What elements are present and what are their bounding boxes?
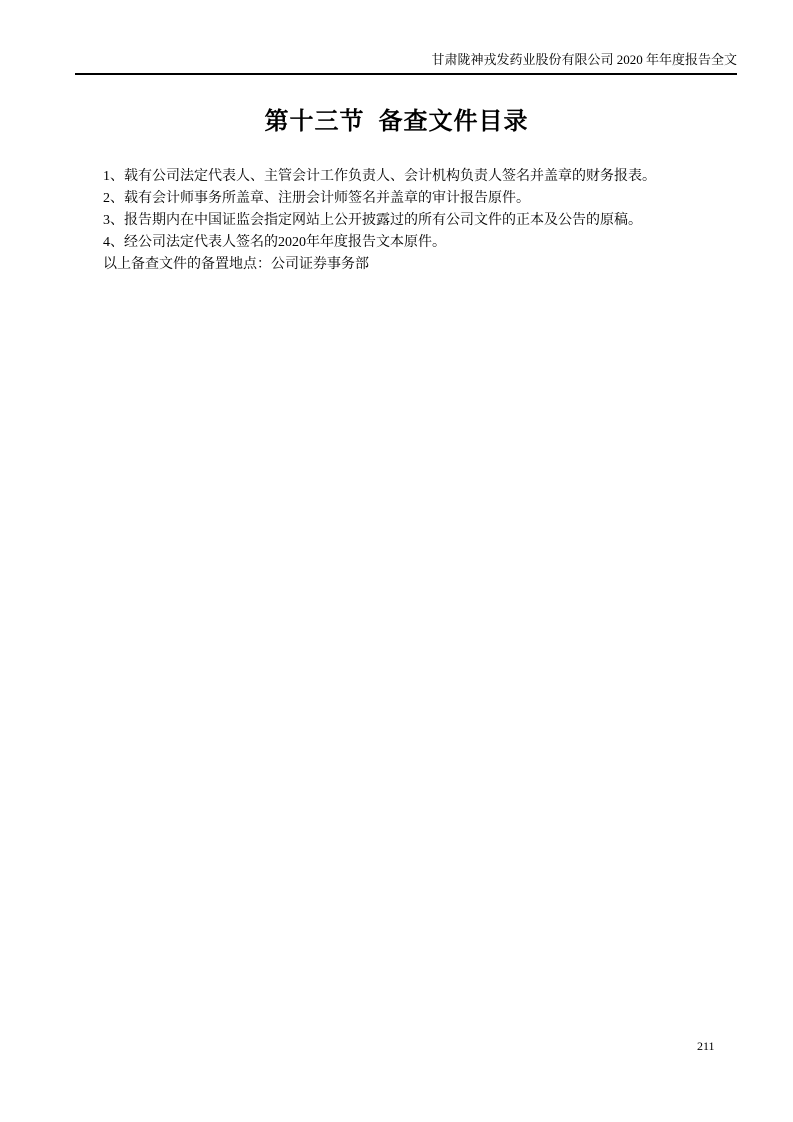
page-number: 211	[697, 1039, 715, 1054]
report-header: 甘肃陇神戎发药业股份有限公司 2020 年年度报告全文	[75, 51, 737, 75]
list-item: 2、载有会计师事务所盖章、注册会计师签名并盖章的审计报告原件。	[103, 188, 733, 210]
location-note: 以上备查文件的备置地点：公司证券事务部	[103, 254, 733, 276]
section-title: 第十三节 备查文件目录	[0, 104, 793, 140]
list-item: 3、报告期内在中国证监会指定网站上公开披露过的所有公司文件的正本及公告的原稿。	[103, 210, 733, 232]
list-item: 1、载有公司法定代表人、主管会计工作负责人、会计机构负责人签名并盖章的财务报表。	[103, 166, 733, 188]
list-item: 4、经公司法定代表人签名的2020年年度报告文本原件。	[103, 232, 733, 254]
document-body: 1、载有公司法定代表人、主管会计工作负责人、会计机构负责人签名并盖章的财务报表。…	[103, 166, 733, 276]
document-page: 甘肃陇神戎发药业股份有限公司 2020 年年度报告全文 第十三节 备查文件目录 …	[0, 0, 793, 1122]
